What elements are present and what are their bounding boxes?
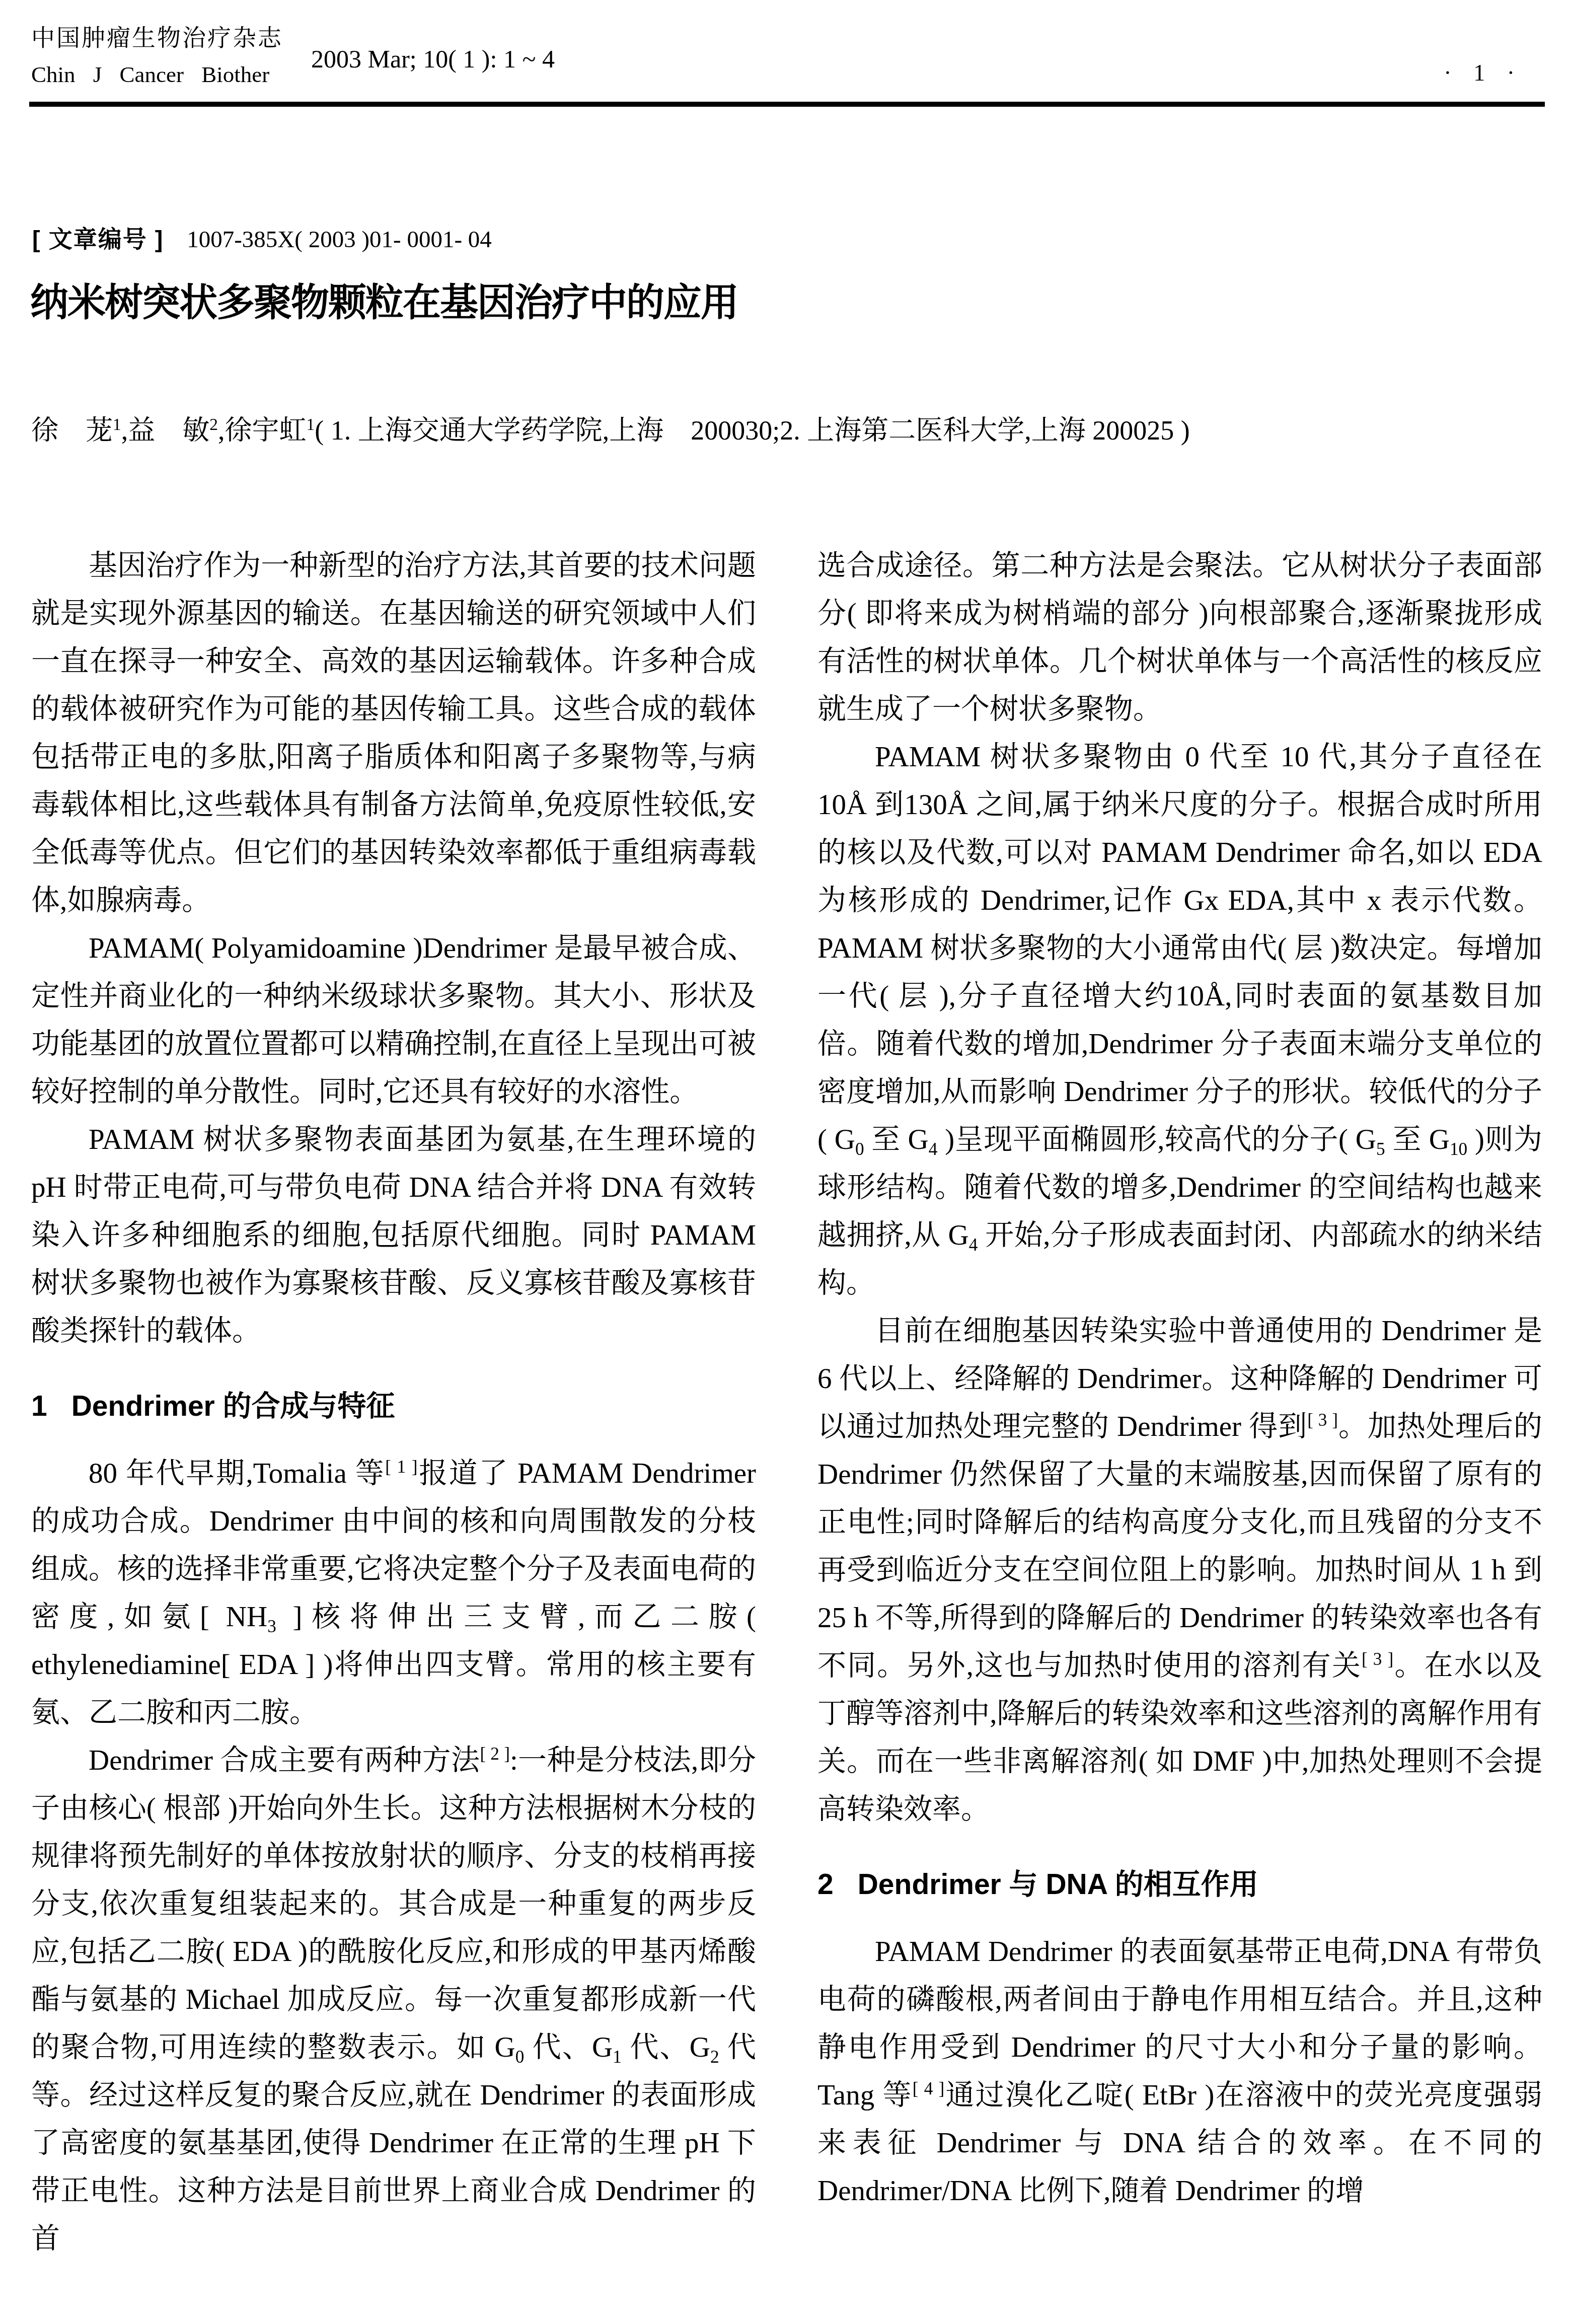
paragraph: PAMAM 树状多聚物由 0 代至 10 代,其分子直径在10Å 到130Å 之… (817, 733, 1542, 1307)
page-number: · 1 · (1444, 59, 1523, 86)
paragraph: Dendrimer 合成主要有两种方法[ 2 ]:一种是分枝法,即分子由核心( … (31, 1736, 756, 2263)
author-line: 徐 茏1,益 敏2,徐宇虹1( 1. 上海交通大学药学院,上海 200030;2… (31, 401, 1542, 460)
section-heading: 2Dendrimer 与 DNA 的相互作用 (817, 1861, 1542, 1903)
subscript: 0 (855, 1139, 864, 1159)
paragraph: PAMAM( Polyamidoamine )Dendrimer 是最早被合成、… (31, 924, 756, 1116)
paragraph: 目前在细胞基因转染实验中普通使用的 Dendrimer 是 6 代以上、经降解的… (817, 1307, 1542, 1833)
subscript: 4 (929, 1139, 938, 1159)
subscript: 0 (515, 2047, 525, 2067)
article-id-label: [ 文章编号 ] (32, 226, 164, 252)
paragraph: PAMAM 树状多聚物表面基团为氨基,在生理环境的 pH 时带正电荷,可与带负电… (31, 1116, 756, 1355)
section-number: 2 (817, 1868, 834, 1901)
text-run: PAMAM 树状多聚物表面基团为氨基,在生理环境的 pH 时带正电荷,可与带负电… (31, 1124, 756, 1347)
text-run: PAMAM( Polyamidoamine )Dendrimer 是最早被合成、… (31, 932, 756, 1108)
text-run: Dendrimer 合成主要有两种方法 (89, 1745, 480, 1776)
text-run: 至 G (864, 1124, 929, 1155)
superscript-ref: [ 3 ] (1362, 1649, 1393, 1669)
text-run: 徐 茏 (31, 415, 113, 446)
article-id-line: [ 文章编号 ] 1007-385X( 2003 )01- 0001- 04 (32, 221, 492, 254)
text-run: :一种是分枝法,即分子由核心( 根部 )开始向外生长。这种方法根据树木分枝的规律… (31, 1745, 756, 2063)
subscript: 3 (267, 1617, 276, 1636)
subscript: 4 (969, 1235, 978, 1255)
issue-info: 2003 Mar; 10( 1 ): 1 ~ 4 (311, 44, 555, 74)
section-title: Dendrimer 的合成与特征 (71, 1390, 395, 1422)
document-page: 中国肿瘤生物治疗杂志 Chin J Cancer Biother 2003 Ma… (0, 0, 1571, 2324)
column-right: 选合成途径。第二种方法是会聚法。它从树状分子表面部分( 即将来成为树梢端的部分 … (817, 542, 1542, 2263)
subscript: 1 (613, 2047, 622, 2067)
subscript: 5 (1376, 1139, 1385, 1159)
column-left: 基因治疗作为一种新型的治疗方法,其首要的技术问题就是实现外源基因的输送。在基因输… (31, 542, 756, 2263)
subscript: 2 (710, 2047, 719, 2067)
superscript-ref: [ 2 ] (480, 1744, 510, 1764)
superscript-ref: 1 (306, 415, 315, 434)
article-id-value: 1007-385X( 2003 )01- 0001- 04 (187, 227, 492, 253)
journal-name-en: Chin J Cancer Biother (31, 61, 269, 88)
text-run: 代等。经过这样反复的聚合反应,就在 Dendrimer 的表面形成了高密度的氨基… (31, 2031, 756, 2255)
text-run: 代、G (622, 2031, 710, 2063)
subscript: 10 (1450, 1139, 1467, 1159)
superscript-ref: [ 4 ] (913, 2079, 944, 2098)
text-run: 选合成途径。第二种方法是会聚法。它从树状分子表面部分( 即将来成为树梢端的部分 … (817, 550, 1542, 725)
section-title: Dendrimer 与 DNA 的相互作用 (858, 1868, 1258, 1901)
superscript-ref: 1 (113, 415, 121, 434)
text-run: ,徐宇虹 (218, 415, 307, 446)
section-number: 1 (31, 1390, 47, 1422)
section-heading: 1Dendrimer 的合成与特征 (31, 1383, 756, 1424)
superscript-ref: 2 (209, 415, 218, 434)
text-run: 。加热处理后的 Dendrimer 仍然保留了大量的末端胺基,因而保留了原有的正… (817, 1411, 1542, 1682)
text-run: ( 1. 上海交通大学药学院,上海 200030;2. 上海第二医科大学,上海 … (315, 415, 1189, 446)
journal-name-cn: 中国肿瘤生物治疗杂志 (31, 19, 283, 53)
text-run: 代、G (524, 2031, 613, 2063)
article-title: 纳米树突状多聚物颗粒在基因治疗中的应用 (30, 272, 738, 327)
text-run: 80 年代早期,Tomalia 等 (89, 1458, 385, 1489)
text-run: PAMAM 树状多聚物由 0 代至 10 代,其分子直径在10Å 到130Å 之… (817, 741, 1542, 1155)
text-run: )呈现平面椭圆形,较高代的分子( G (937, 1124, 1376, 1155)
paragraph: 80 年代早期,Tomalia 等[ 1 ]报道了 PAMAM Dendrime… (31, 1449, 756, 1736)
text-run: 基因治疗作为一种新型的治疗方法,其首要的技术问题就是实现外源基因的输送。在基因输… (31, 550, 756, 916)
text-run: ,益 敏 (121, 415, 210, 446)
paragraph: 选合成途径。第二种方法是会聚法。它从树状分子表面部分( 即将来成为树梢端的部分 … (817, 542, 1542, 733)
paragraph: PAMAM Dendrimer 的表面氨基带正电荷,DNA 有带负电荷的磷酸根,… (817, 1928, 1542, 2215)
superscript-ref: [ 3 ] (1307, 1410, 1338, 1430)
article-body: 基因治疗作为一种新型的治疗方法,其首要的技术问题就是实现外源基因的输送。在基因输… (31, 542, 1542, 2263)
header-divider (29, 102, 1545, 107)
superscript-ref: [ 1 ] (385, 1457, 417, 1477)
text-run: 至 G (1385, 1124, 1450, 1155)
paragraph: 基因治疗作为一种新型的治疗方法,其首要的技术问题就是实现外源基因的输送。在基因输… (31, 542, 756, 924)
